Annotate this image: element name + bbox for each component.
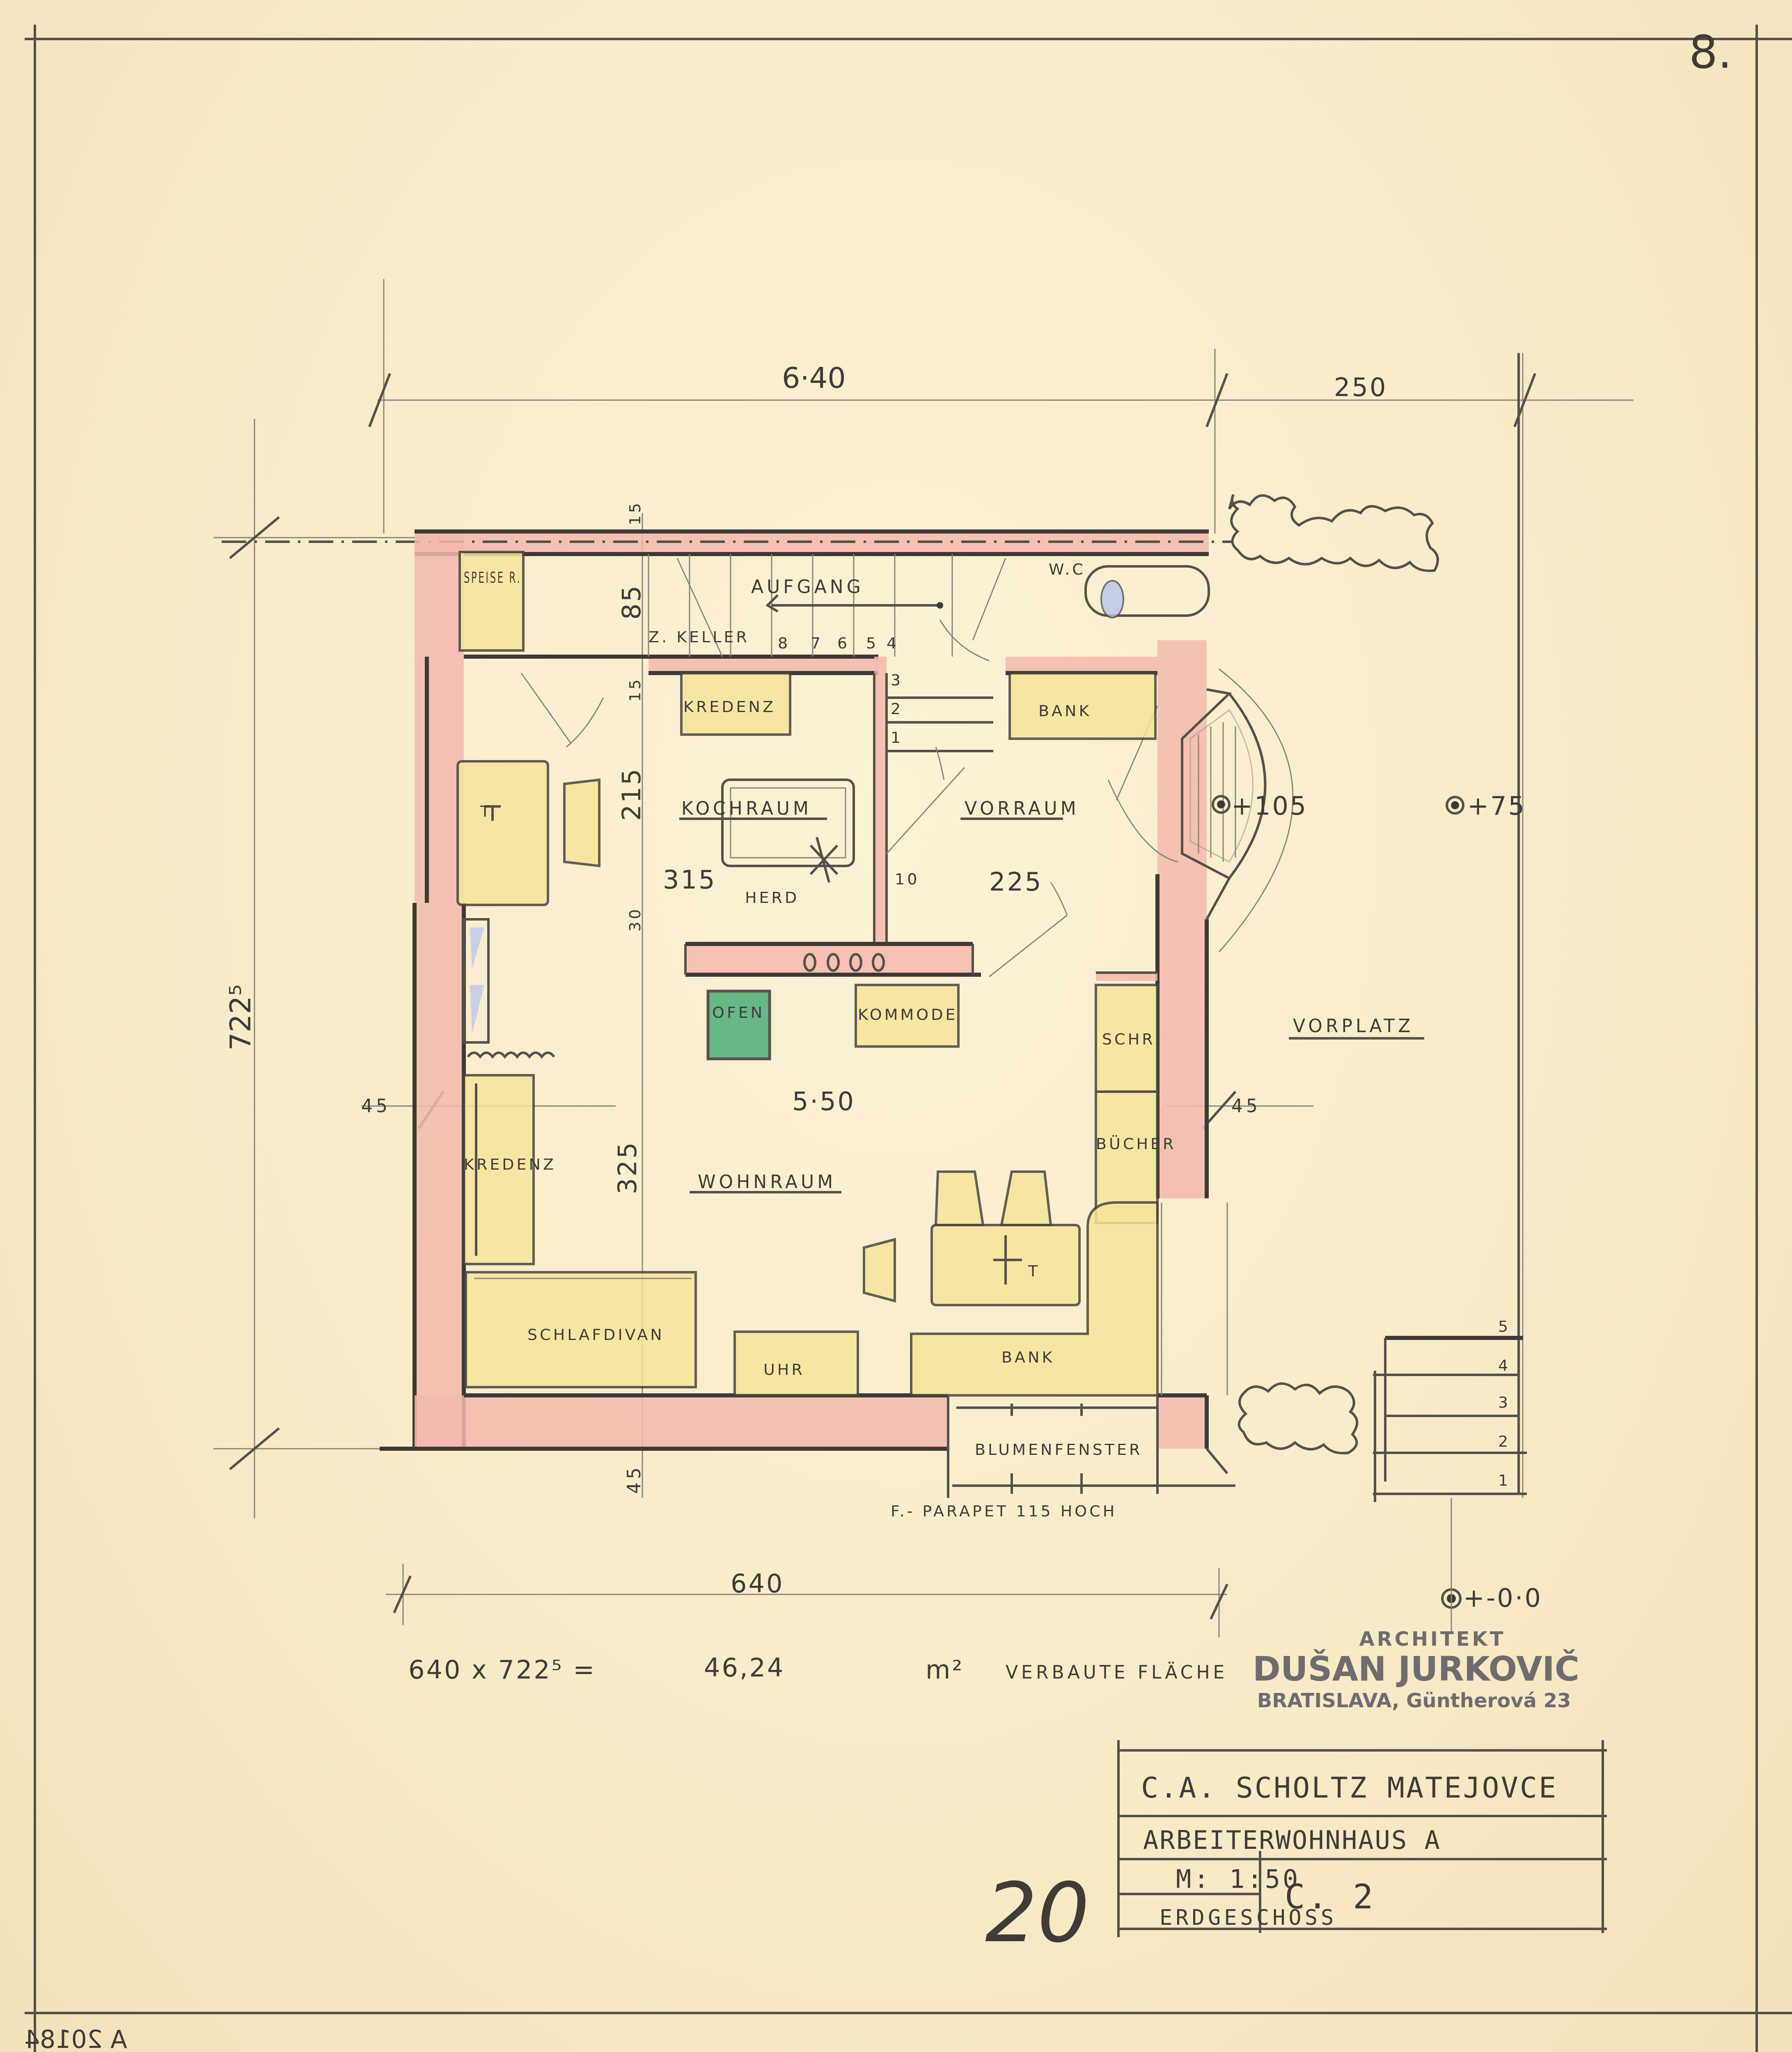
- level-ground: +-0·0: [1463, 1583, 1542, 1613]
- room-label-aufgang: AUFGANG: [751, 577, 864, 598]
- dim-bottom-wall: 45: [624, 1464, 645, 1494]
- dim-vorraum-width: 225: [989, 867, 1043, 897]
- entry-step-2: 2: [1498, 1432, 1510, 1450]
- dim-living-width: 5·50: [792, 1086, 855, 1116]
- label-schrank: SCHR.: [1102, 1030, 1162, 1048]
- dim-chimney-wall: 30: [626, 907, 644, 932]
- floor-plan-drawing: 6·40 250 722⁵ 640 15 85 15 215 315 10 22…: [0, 0, 1792, 2052]
- dim-left-total: 722⁵: [224, 984, 257, 1051]
- stair-step-4: 4: [887, 634, 899, 652]
- label-bank-hall: BANK: [1038, 702, 1091, 720]
- stair-step-7: 7: [811, 634, 823, 652]
- dim-kitchen-width: 315: [663, 865, 716, 895]
- dim-top-main: 6·40: [782, 361, 846, 395]
- dim-wall-top: 15: [626, 501, 644, 525]
- faint-pencil-number: 20: [985, 1865, 1090, 1961]
- ghost-text-back: A 20184: [24, 2025, 127, 2052]
- stair-step-5: 5: [866, 634, 878, 652]
- dim-left-wall: 45: [361, 1096, 391, 1117]
- entry-step-5: 5: [1498, 1317, 1510, 1335]
- stamp-title: ARCHITEKT: [1359, 1628, 1506, 1651]
- entry-step-3: 3: [1498, 1393, 1510, 1411]
- dim-right-wall: 45: [1231, 1096, 1261, 1117]
- room-label-vorraum: VORRAUM: [965, 798, 1079, 819]
- entry-step-1: 1: [1498, 1471, 1510, 1489]
- note-parapet: F.- PARAPET 115 HOCH: [891, 1502, 1117, 1520]
- label-table-kitchen: T.: [480, 802, 498, 820]
- level-entrance: +105: [1231, 791, 1308, 821]
- dim-top-porch: 250: [1334, 372, 1387, 402]
- area-unit: m²: [926, 1655, 964, 1685]
- dim-stair-depth: 85: [616, 584, 646, 620]
- wc-fixture: [1086, 566, 1209, 618]
- label-uhr: UHR: [763, 1360, 805, 1379]
- title-project: ARBEITERWOHNHAUS A: [1143, 1825, 1441, 1855]
- dim-kitchen-depth: 215: [616, 767, 646, 821]
- stamp-address: BRATISLAVA, Güntherová 23: [1257, 1689, 1571, 1712]
- entry-step-4: 4: [1498, 1356, 1510, 1374]
- label-kredenz-living: KREDENZ: [464, 1155, 556, 1173]
- shrub-top: [1229, 495, 1438, 571]
- room-label-speise: SPEISE R.: [464, 568, 521, 586]
- stair-step-1: 1: [891, 728, 903, 747]
- stair-step-8: 8: [778, 634, 790, 652]
- room-label-wc: W.C: [1049, 560, 1086, 578]
- level-porch: +75: [1467, 791, 1526, 821]
- dim-living-depth: 325: [612, 1141, 642, 1194]
- sheet-number: 8.: [1689, 26, 1732, 78]
- dim-interior-wall: 15: [626, 677, 644, 702]
- drawing-sheet: 6·40 250 722⁵ 640 15 85 15 215 315 10 22…: [0, 0, 1792, 2052]
- title-scale: M: 1:50: [1176, 1864, 1300, 1894]
- label-kredenz-kitchen: KREDENZ: [683, 698, 776, 716]
- label-underlines: [679, 819, 1424, 1192]
- dim-bottom-main: 640: [731, 1569, 784, 1599]
- label-buecher: BÜCHER: [1096, 1135, 1176, 1153]
- label-ofen: OFEN: [712, 1003, 765, 1021]
- room-label-keller: Z. KELLER: [649, 628, 749, 646]
- stair-step-6: 6: [837, 634, 850, 652]
- room-label-wohnraum: WOHNRAUM: [698, 1172, 836, 1193]
- stair-step-2: 2: [891, 700, 903, 718]
- stamp-name: DUŠAN JURKOVIČ: [1253, 1649, 1579, 1689]
- label-table-living: T: [1028, 1262, 1040, 1280]
- label-kommode: KOMMODE: [858, 1005, 958, 1024]
- area-label: VERBAUTE FLÄCHE: [1006, 1662, 1228, 1683]
- title-client: C.A. SCHOLTZ MATEJOVCE: [1141, 1771, 1558, 1805]
- area-formula: 640 x 722⁵ =: [408, 1655, 596, 1685]
- level-markers: [1213, 796, 1463, 1633]
- label-schlafdivan: SCHLAFDIVAN: [527, 1326, 665, 1344]
- room-label-vorplatz: VORPLATZ: [1293, 1016, 1414, 1037]
- label-blumenfenster: BLUMENFENSTER: [975, 1441, 1142, 1459]
- stair-step-3: 3: [891, 671, 903, 689]
- title-drawing-number: C. 2: [1285, 1878, 1375, 1917]
- room-label-kochraum: KOCHRAUM: [681, 798, 812, 819]
- shrub-bottom: [1239, 1383, 1357, 1453]
- label-bank-living: BANK: [1001, 1348, 1054, 1366]
- area-value: 46,24: [704, 1653, 785, 1683]
- dim-partition: 10: [895, 870, 919, 888]
- label-herd: HERD: [745, 889, 799, 907]
